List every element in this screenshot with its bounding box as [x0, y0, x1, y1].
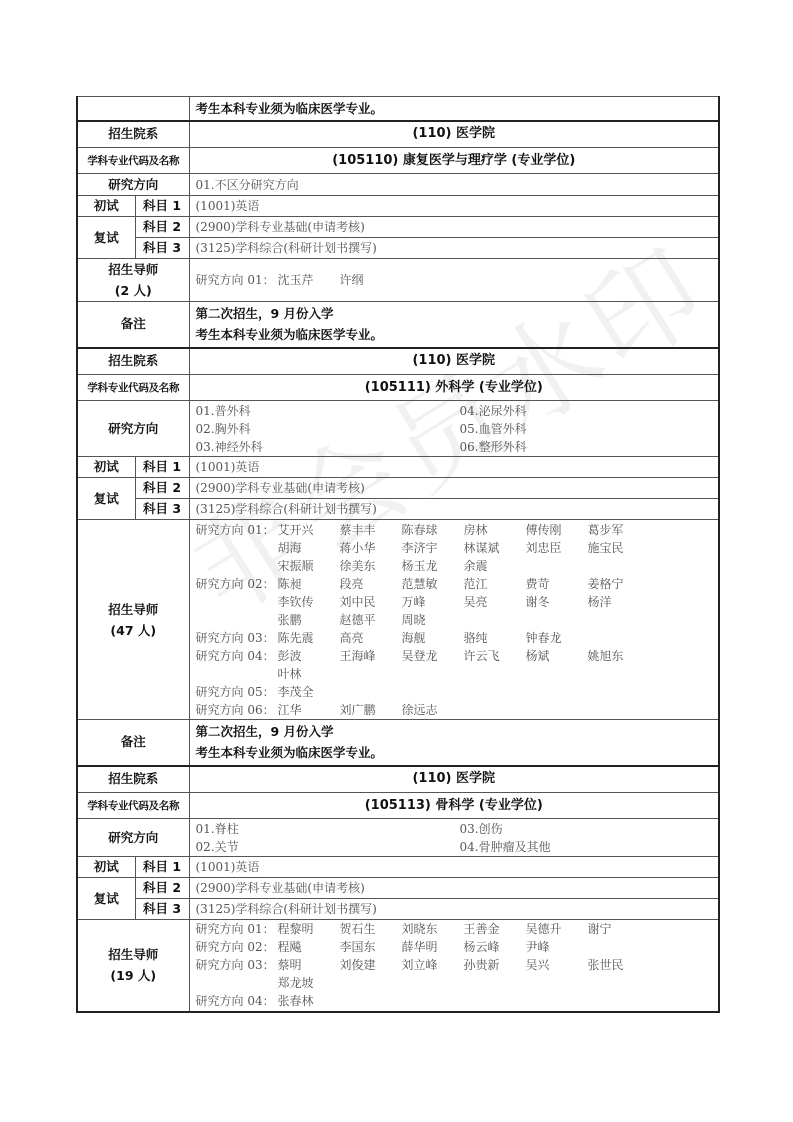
subject2-label: 科目 2 [135, 217, 189, 238]
prelim-row: 初试科目 1(1001)英语 [77, 196, 719, 217]
retest-row-2: 科目 3(3125)学科综合(科研计划书撰写) [77, 238, 719, 259]
advisor-name: 施宝民 [588, 539, 650, 557]
advisor-name: 房林 [464, 521, 526, 539]
advisor-direction-label: 研究方向 01： [196, 521, 278, 539]
advisor-name: 程黎明 [278, 920, 340, 938]
advisor-line: 宋振顺徐美东杨玉龙余震 [196, 557, 713, 575]
advisor-label-cell: 招生导师(47 人) [77, 520, 189, 720]
advisor-name: 傅传刚 [526, 521, 588, 539]
advisor-line: 张鹏赵德平周晓 [196, 611, 713, 629]
major-label: 学科专业代码及名称 [77, 148, 189, 174]
advisor-line: 研究方向 01：艾开兴蔡丰丰陈春球房林傅传刚葛步军 [196, 521, 713, 539]
advisor-name: 姜格宁 [588, 575, 650, 593]
retest-row-2: 科目 3(3125)学科综合(科研计划书撰写) [77, 499, 719, 520]
advisor-name: 沈玉芹 [278, 271, 340, 289]
advisor-line: 研究方向 06：江华刘广鹏徐远志 [196, 701, 713, 719]
advisor-row: 招生导师(2 人)研究方向 01：沈玉芹许纲 [77, 259, 719, 302]
advisor-line: 研究方向 02：程飚李国东薛华明杨云峰尹峰 [196, 938, 713, 956]
direction-item: 01.普外科 [196, 402, 460, 420]
advisor-name: 许纲 [340, 271, 402, 289]
advisor-line: 研究方向 02：陈昶段亮范慧敏范江费苛姜格宁 [196, 575, 713, 593]
retest-label: 复试 [77, 478, 135, 520]
retest-label: 复试 [77, 878, 135, 920]
direction-label: 研究方向 [77, 819, 189, 857]
prelim-label: 初试 [77, 857, 135, 878]
direction-label: 研究方向 [77, 174, 189, 196]
advisor-name: 葛步军 [588, 521, 650, 539]
remark-line: 第二次招生，9 月份入学 [196, 721, 713, 742]
advisor-name: 王善金 [464, 920, 526, 938]
advisor-list: 研究方向 01：沈玉芹许纲 [189, 259, 719, 302]
advisor-name: 高亮 [340, 629, 402, 647]
advisor-label-cell: 招生导师(19 人) [77, 920, 189, 1012]
advisor-name: 胡海 [278, 539, 340, 557]
retest-row-1: 复试科目 2(2900)学科专业基础(申请考核) [77, 478, 719, 499]
direction-value: 01.不区分研究方向 [189, 174, 719, 196]
prelim-row: 初试科目 1(1001)英语 [77, 857, 719, 878]
subject2-label: 科目 2 [135, 478, 189, 499]
advisor-direction-label: 研究方向 02： [196, 938, 278, 956]
major-row: 学科专业代码及名称(105110) 康复医学与理疗学 (专业学位) [77, 148, 719, 174]
retest-row-2: 科目 3(3125)学科综合(科研计划书撰写) [77, 899, 719, 920]
advisor-name: 赵德平 [340, 611, 402, 629]
prelim-label: 初试 [77, 457, 135, 478]
subject3-label: 科目 3 [135, 499, 189, 520]
advisor-direction-label [196, 557, 278, 575]
direction-item: 01.不区分研究方向 [196, 176, 460, 194]
advisor-direction-label [196, 611, 278, 629]
advisor-name: 吴登龙 [402, 647, 464, 665]
remarks-row: 备注第二次招生，9 月份入学考生本科专业须为临床医学专业。 [77, 720, 719, 766]
advisor-name: 蔡丰丰 [340, 521, 402, 539]
major-label: 学科专业代码及名称 [77, 793, 189, 819]
subject1-value: (1001)英语 [189, 196, 719, 217]
subject1-value: (1001)英语 [189, 857, 719, 878]
advisor-name: 宋振顺 [278, 557, 340, 575]
advisor-name: 刘忠臣 [526, 539, 588, 557]
major-label: 学科专业代码及名称 [77, 375, 189, 401]
remarks-value: 第二次招生，9 月份入学考生本科专业须为临床医学专业。 [189, 302, 719, 348]
advisor-name: 刘广鹏 [340, 701, 402, 719]
advisor-name: 杨云峰 [464, 938, 526, 956]
advisor-direction-label: 研究方向 01： [196, 920, 278, 938]
advisor-name: 陈先震 [278, 629, 340, 647]
direction-item: 03.创伤 [460, 820, 713, 838]
advisor-name: 张春林 [278, 992, 340, 1010]
advisor-name: 贺石生 [340, 920, 402, 938]
subject2-value: (2900)学科专业基础(申请考核) [189, 478, 719, 499]
dept-row: 招生院系(110) 医学院 [77, 121, 719, 148]
advisor-label: 招生导师 [84, 599, 183, 620]
direction-value: 01.脊柱03.创伤02.关节04.骨肿瘤及其他 [189, 819, 719, 857]
subject1-label: 科目 1 [135, 457, 189, 478]
direction-row: 研究方向01.脊柱03.创伤02.关节04.骨肿瘤及其他 [77, 819, 719, 857]
subject1-label: 科目 1 [135, 196, 189, 217]
remarks-value: 第二次招生，9 月份入学考生本科专业须为临床医学专业。 [189, 720, 719, 766]
direction-item: 02.关节 [196, 838, 460, 856]
subject2-value: (2900)学科专业基础(申请考核) [189, 878, 719, 899]
advisor-line: 研究方向 03：陈先震高亮海舰骆纯钟春龙 [196, 629, 713, 647]
advisor-direction-label [196, 974, 278, 992]
remark-line: 考生本科专业须为临床医学专业。 [196, 324, 713, 345]
direction-value: 01.普外科04.泌尿外科02.胸外科05.血管外科03.神经外科06.整形外科 [189, 401, 719, 457]
direction-label: 研究方向 [77, 401, 189, 457]
remarks-row: 备注第二次招生，9 月份入学考生本科专业须为临床医学专业。 [77, 302, 719, 348]
direction-list: 01.不区分研究方向 [196, 176, 713, 194]
dept-row: 招生院系(110) 医学院 [77, 348, 719, 375]
direction-item: 03.神经外科 [196, 438, 460, 456]
prelim-label: 初试 [77, 196, 135, 217]
advisor-name: 钟春龙 [526, 629, 588, 647]
advisor-direction-label: 研究方向 01： [196, 271, 278, 289]
advisor-name: 刘晓东 [402, 920, 464, 938]
advisor-name: 李济宇 [402, 539, 464, 557]
advisor-name: 林谋斌 [464, 539, 526, 557]
advisor-name: 许云飞 [464, 647, 526, 665]
advisor-name: 费苛 [526, 575, 588, 593]
direction-list: 01.普外科04.泌尿外科02.胸外科05.血管外科03.神经外科06.整形外科 [196, 402, 713, 456]
advisor-name: 吴兴 [526, 956, 588, 974]
advisor-name: 刘中民 [340, 593, 402, 611]
advisor-name: 范慧敏 [402, 575, 464, 593]
empty-label-cell [77, 97, 189, 121]
dept-value: (110) 医学院 [189, 348, 719, 375]
dept-label: 招生院系 [77, 348, 189, 375]
advisor-label: 招生导师 [84, 944, 183, 965]
major-value: (105110) 康复医学与理疗学 (专业学位) [189, 148, 719, 174]
direction-item: 04.泌尿外科 [460, 402, 713, 420]
subject2-value: (2900)学科专业基础(申请考核) [189, 217, 719, 238]
advisor-name: 尹峰 [526, 938, 588, 956]
advisor-name: 杨玉龙 [402, 557, 464, 575]
dept-row: 招生院系(110) 医学院 [77, 766, 719, 793]
advisor-name: 刘俊建 [340, 956, 402, 974]
advisor-name: 骆纯 [464, 629, 526, 647]
advisor-name: 薛华明 [402, 938, 464, 956]
advisor-name: 陈昶 [278, 575, 340, 593]
advisor-name: 程飚 [278, 938, 340, 956]
advisor-list: 研究方向 01：艾开兴蔡丰丰陈春球房林傅传刚葛步军胡海蒋小华李济宇林谋斌刘忠臣施… [189, 520, 719, 720]
advisor-name: 蔡明 [278, 956, 340, 974]
advisor-name: 余震 [464, 557, 526, 575]
retest-row-1: 复试科目 2(2900)学科专业基础(申请考核) [77, 878, 719, 899]
direction-item [460, 176, 713, 194]
advisor-row: 招生导师(19 人)研究方向 01：程黎明贺石生刘晓东王善金吴德升谢宁研究方向 … [77, 920, 719, 1012]
advisor-name: 万峰 [402, 593, 464, 611]
subject3-value: (3125)学科综合(科研计划书撰写) [189, 499, 719, 520]
major-row: 学科专业代码及名称(105113) 骨科学 (专业学位) [77, 793, 719, 819]
advisor-name: 艾开兴 [278, 521, 340, 539]
advisor-name: 刘立峰 [402, 956, 464, 974]
advisor-line: 郑龙坡 [196, 974, 713, 992]
advisor-list: 研究方向 01：程黎明贺石生刘晓东王善金吴德升谢宁研究方向 02：程飚李国东薛华… [189, 920, 719, 1012]
major-value: (105111) 外科学 (专业学位) [189, 375, 719, 401]
subject1-value: (1001)英语 [189, 457, 719, 478]
advisor-count: (19 人) [84, 965, 183, 986]
subject3-value: (3125)学科综合(科研计划书撰写) [189, 899, 719, 920]
subject2-label: 科目 2 [135, 878, 189, 899]
advisor-name: 李国东 [340, 938, 402, 956]
advisor-line: 研究方向 01：程黎明贺石生刘晓东王善金吴德升谢宁 [196, 920, 713, 938]
advisor-line: 研究方向 01：沈玉芹许纲 [196, 271, 713, 289]
advisor-name: 郑龙坡 [278, 974, 340, 992]
advisor-count: (2 人) [84, 280, 183, 301]
advisor-name: 李茂全 [278, 683, 340, 701]
advisor-name: 谢宁 [588, 920, 650, 938]
advisor-name: 张鹏 [278, 611, 340, 629]
advisor-name: 吴亮 [464, 593, 526, 611]
dept-value: (110) 医学院 [189, 766, 719, 793]
remark-line: 考生本科专业须为临床医学专业。 [196, 742, 713, 763]
subject3-label: 科目 3 [135, 238, 189, 259]
advisor-name: 张世民 [588, 956, 650, 974]
admissions-table-page: 考生本科专业须为临床医学专业。 招生院系(110) 医学院学科专业代码及名称(1… [76, 96, 718, 1013]
advisor-name: 叶林 [278, 665, 340, 683]
advisor-name: 杨斌 [526, 647, 588, 665]
top-fragment-note: 考生本科专业须为临床医学专业。 [189, 97, 719, 121]
direction-item: 06.整形外科 [460, 438, 713, 456]
advisor-name: 吴德升 [526, 920, 588, 938]
advisor-name: 姚旭东 [588, 647, 650, 665]
advisor-name: 杨洋 [588, 593, 650, 611]
advisor-line: 研究方向 04：张春林 [196, 992, 713, 1010]
advisor-count: (47 人) [84, 620, 183, 641]
major-row: 学科专业代码及名称(105111) 外科学 (专业学位) [77, 375, 719, 401]
advisor-row: 招生导师(47 人)研究方向 01：艾开兴蔡丰丰陈春球房林傅传刚葛步军胡海蒋小华… [77, 520, 719, 720]
dept-value: (110) 医学院 [189, 121, 719, 148]
direction-item: 02.胸外科 [196, 420, 460, 438]
advisor-direction-label: 研究方向 02： [196, 575, 278, 593]
advisor-name: 周晓 [402, 611, 464, 629]
direction-row: 研究方向01.普外科04.泌尿外科02.胸外科05.血管外科03.神经外科06.… [77, 401, 719, 457]
advisor-name: 谢冬 [526, 593, 588, 611]
advisor-name: 陈春球 [402, 521, 464, 539]
advisor-direction-label [196, 539, 278, 557]
advisor-name: 徐远志 [402, 701, 464, 719]
subject1-label: 科目 1 [135, 857, 189, 878]
dept-label: 招生院系 [77, 121, 189, 148]
major-value: (105113) 骨科学 (专业学位) [189, 793, 719, 819]
advisor-name: 徐美东 [340, 557, 402, 575]
advisor-direction-label: 研究方向 04： [196, 992, 278, 1010]
direction-item: 04.骨肿瘤及其他 [460, 838, 713, 856]
advisor-direction-label: 研究方向 03： [196, 956, 278, 974]
advisor-name: 李钦传 [278, 593, 340, 611]
advisor-name: 范江 [464, 575, 526, 593]
subject3-value: (3125)学科综合(科研计划书撰写) [189, 238, 719, 259]
prelim-row: 初试科目 1(1001)英语 [77, 457, 719, 478]
admissions-table: 考生本科专业须为临床医学专业。 招生院系(110) 医学院学科专业代码及名称(1… [76, 96, 720, 1013]
advisor-name: 江华 [278, 701, 340, 719]
advisor-name: 段亮 [340, 575, 402, 593]
advisor-label-cell: 招生导师(2 人) [77, 259, 189, 302]
dept-label: 招生院系 [77, 766, 189, 793]
retest-row-1: 复试科目 2(2900)学科专业基础(申请考核) [77, 217, 719, 238]
advisor-name: 彭波 [278, 647, 340, 665]
advisor-direction-label [196, 665, 278, 683]
advisor-direction-label: 研究方向 05： [196, 683, 278, 701]
advisor-line: 研究方向 05：李茂全 [196, 683, 713, 701]
advisor-direction-label: 研究方向 03： [196, 629, 278, 647]
subject3-label: 科目 3 [135, 899, 189, 920]
advisor-name: 王海峰 [340, 647, 402, 665]
remarks-label: 备注 [77, 302, 189, 348]
advisor-direction-label: 研究方向 04： [196, 647, 278, 665]
advisor-line: 叶林 [196, 665, 713, 683]
advisor-line: 研究方向 03：蔡明刘俊建刘立峰孙贵新吴兴张世民 [196, 956, 713, 974]
advisor-direction-label [196, 593, 278, 611]
top-fragment-row: 考生本科专业须为临床医学专业。 [77, 97, 719, 121]
direction-list: 01.脊柱03.创伤02.关节04.骨肿瘤及其他 [196, 820, 713, 856]
remark-line: 第二次招生，9 月份入学 [196, 303, 713, 324]
advisor-line: 李钦传刘中民万峰吴亮谢冬杨洋 [196, 593, 713, 611]
advisor-name: 蒋小华 [340, 539, 402, 557]
advisor-line: 胡海蒋小华李济宇林谋斌刘忠臣施宝民 [196, 539, 713, 557]
retest-label: 复试 [77, 217, 135, 259]
advisor-direction-label: 研究方向 06： [196, 701, 278, 719]
advisor-label: 招生导师 [84, 259, 183, 280]
remarks-label: 备注 [77, 720, 189, 766]
advisor-line: 研究方向 04：彭波王海峰吴登龙许云飞杨斌姚旭东 [196, 647, 713, 665]
advisor-name: 海舰 [402, 629, 464, 647]
direction-item: 05.血管外科 [460, 420, 713, 438]
direction-row: 研究方向01.不区分研究方向 [77, 174, 719, 196]
advisor-name: 孙贵新 [464, 956, 526, 974]
direction-item: 01.脊柱 [196, 820, 460, 838]
